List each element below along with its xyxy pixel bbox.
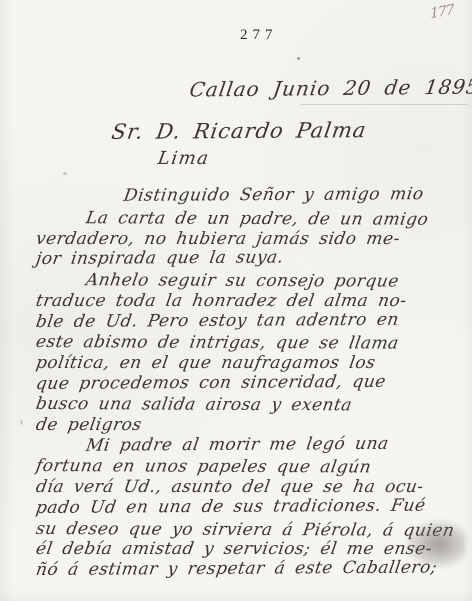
handwritten-line: pado Ud en una de sus tradiciones. Fué — [34, 495, 466, 518]
handwritten-line: ble de Ud. Pero estoy tan adentro en — [34, 309, 466, 332]
paper-speck — [20, 420, 23, 425]
paper-speck — [297, 57, 300, 60]
handwritten-line: ñó á estimar y respetar á este Caballero… — [34, 557, 466, 580]
letter-body: La carta de un padre, de un amigo verdad… — [36, 208, 464, 581]
paper-speck — [63, 172, 67, 175]
handwritten-line: fortuna en unos papeles que algún — [34, 456, 465, 479]
handwritten-line: de peligros — [34, 415, 465, 436]
scanned-letter-page: 177 277 Callao Junio 20 de 1895. Sr. D. … — [0, 0, 472, 601]
handwritten-line: que procedemos con sinceridad, que — [34, 371, 466, 394]
paper-guide-line — [300, 104, 468, 105]
recipient-city: Lima — [156, 148, 211, 169]
salutation: Distinguido Señor y amigo mio — [122, 184, 425, 206]
handwritten-line: La carta de un padre, de un amigo — [34, 208, 465, 231]
dateline: Callao Junio 20 de 1895. — [188, 74, 472, 101]
page-number: 277 — [240, 27, 278, 44]
handwritten-line: política, en el que naufragamos los — [34, 353, 465, 374]
recipient-name: Sr. D. Ricardo Palma — [110, 118, 368, 144]
handwritten-line: traduce toda la honradez del alma no- — [34, 291, 465, 312]
handwritten-line: Mi padre al morir me legó una — [34, 433, 466, 456]
handwritten-line: este abismo de intrigas, que se llama — [34, 332, 465, 355]
pencil-folio-number: 177 — [430, 2, 454, 22]
handwritten-line: busco una salida airosa y exenta — [34, 394, 465, 417]
handwritten-line: su deseo que yo sirviera á Piérola, á qu… — [34, 519, 465, 542]
handwritten-line: día verá Ud., asunto del que se ha ocu- — [34, 477, 465, 498]
handwritten-line: jor inspirada que la suya. — [34, 247, 466, 270]
handwritten-line: Anhelo seguir su consejo porque — [34, 270, 465, 293]
